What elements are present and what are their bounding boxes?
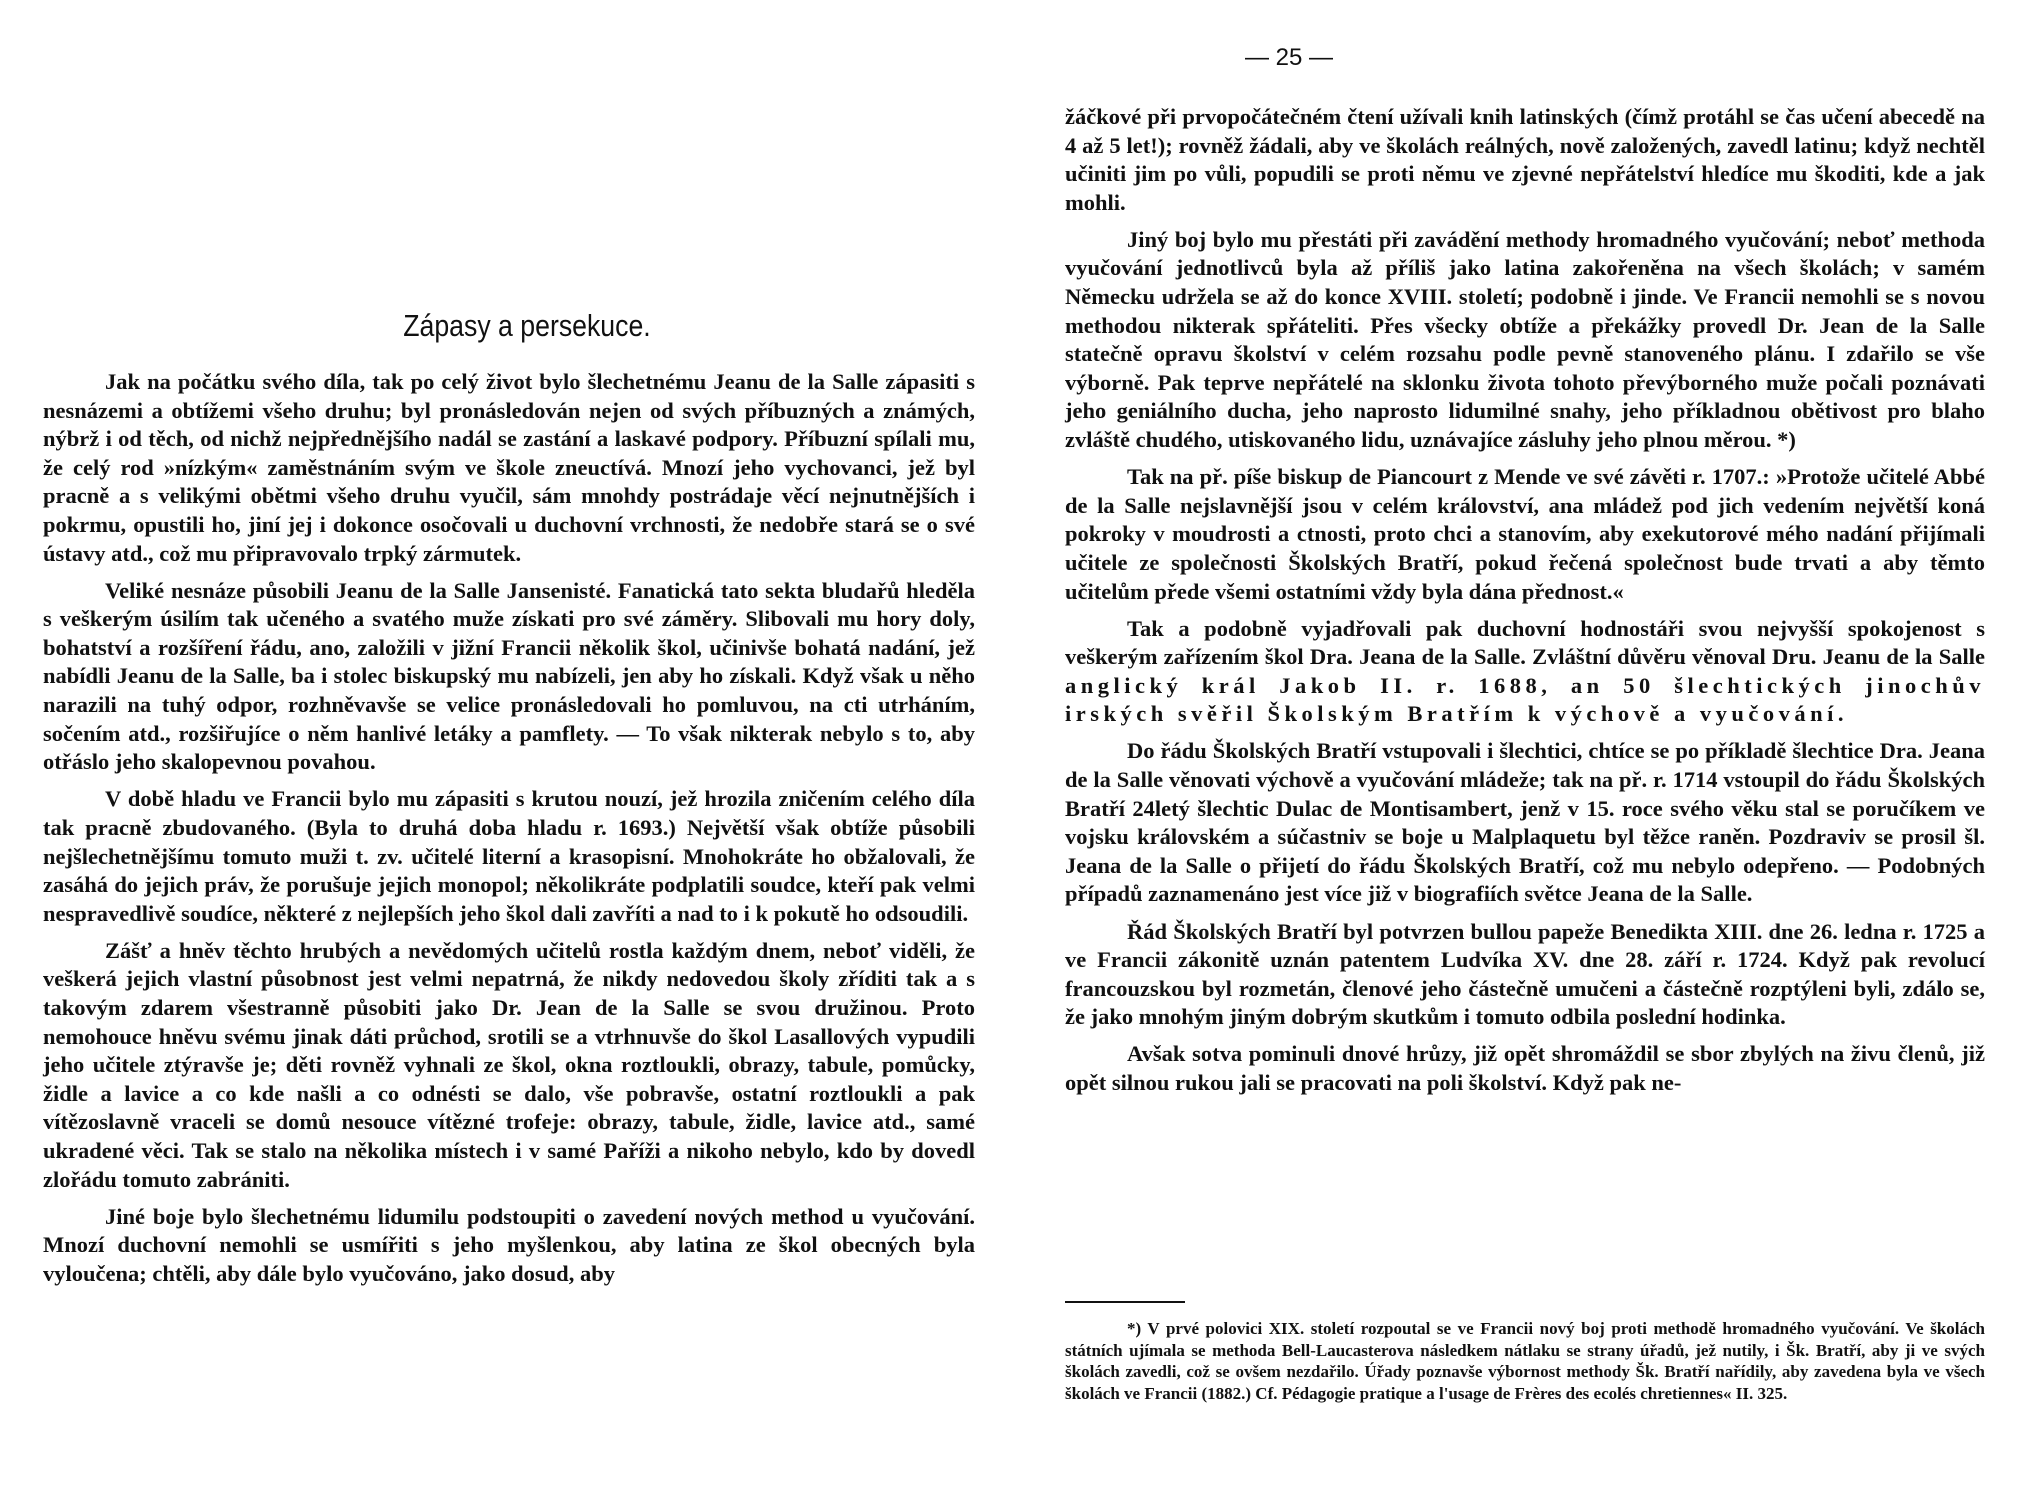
text: Tak a podobně vyjadřovali pak duchovní h… <box>1065 616 1985 670</box>
paragraph: Řád Školských Bratří byl potvrzen bullou… <box>1065 918 1985 1032</box>
left-text-column: Jak na počátku svého díla, tak po celý ž… <box>43 368 975 1297</box>
paragraph: Avšak sotva pominuli dnové hrůzy, již op… <box>1065 1040 1985 1097</box>
footnote-divider <box>1065 1301 1185 1303</box>
paragraph: V době hladu ve Francii bylo mu zápasiti… <box>43 785 975 928</box>
paragraph: Jiný boj bylo mu přestáti při zavádění m… <box>1065 226 1985 455</box>
paragraph: Do řádu Školských Bratří vstupovali i šl… <box>1065 737 1985 909</box>
paragraph: Jiné boje bylo šlechetnému lidumilu pods… <box>43 1203 975 1289</box>
paragraph: Veliké nesnáze působili Jeanu de la Sall… <box>43 577 975 777</box>
right-page: — 25 — žáčkové při prvopočátečném čtení … <box>1009 0 2018 1500</box>
chapter-title: Zápasy a persekuce. <box>93 308 961 344</box>
continued-paragraph: žáčkové při prvopočátečném čtení užívali… <box>1065 103 1985 217</box>
paragraph: Zášť a hněv těchto hrubých a nevědomých … <box>43 937 975 1194</box>
left-page: Zápasy a persekuce. Jak na počátku svého… <box>0 0 1009 1500</box>
spaced-emphasis-text: anglický král Jakob II. r. 1688, an 50 š… <box>1065 673 1985 727</box>
paragraph: Tak na př. píše biskup de Piancourt z Me… <box>1065 463 1985 606</box>
paragraph: Jak na počátku svého díla, tak po celý ž… <box>43 368 975 568</box>
footnote: *) V prvé polovici XIX. století rozpouta… <box>1065 1318 1985 1404</box>
page-number: — 25 — <box>1009 44 1569 72</box>
paragraph-jakob: Tak a podobně vyjadřovali pak duchovní h… <box>1065 615 1985 729</box>
footnote-text: *) V prvé polovici XIX. století rozpouta… <box>1065 1318 1985 1404</box>
right-text-column: žáčkové při prvopočátečném čtení užívali… <box>1065 103 1985 1106</box>
